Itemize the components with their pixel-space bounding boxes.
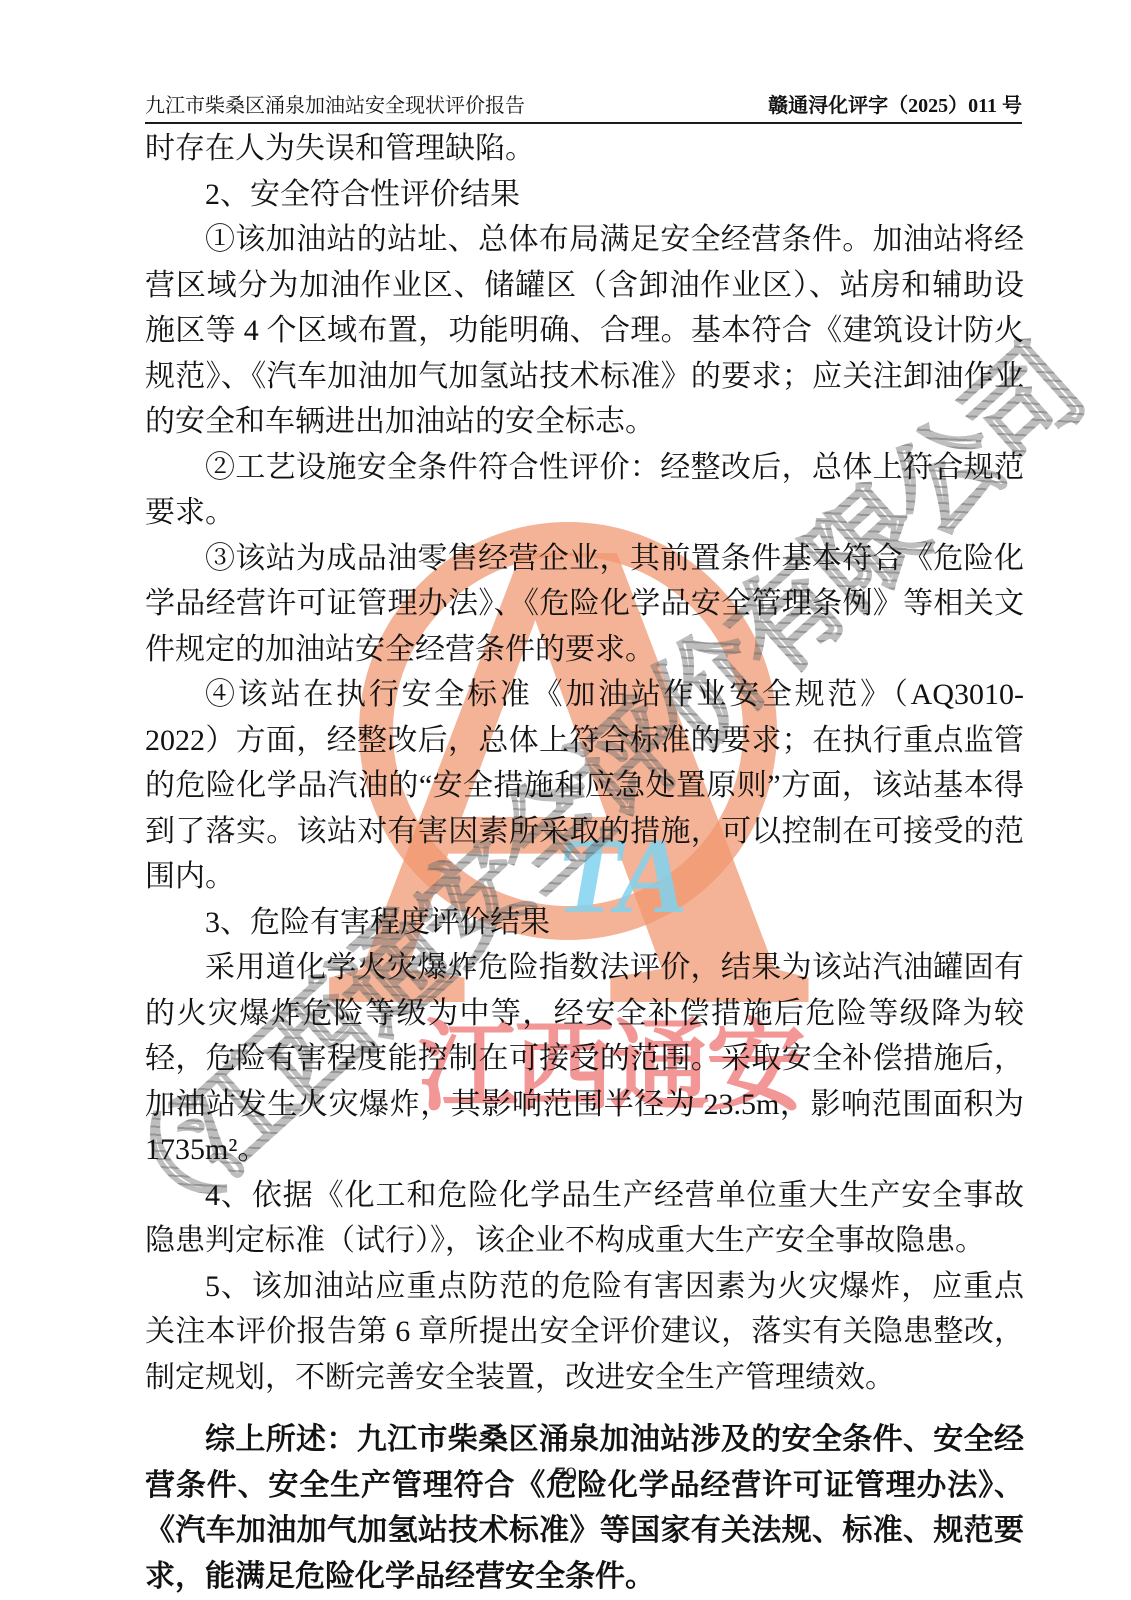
document-body: 时存在人为失误和管理缺陷。2、安全符合性评价结果①该加油站的站址、总体布局满足安… — [145, 126, 1024, 1599]
paragraph: 4、依据《化工和危险化学品生产经营单位重大生产安全事故隐患判定标准（试行）》，该… — [145, 1173, 1024, 1264]
paragraph: ④该站在执行安全标准《加油站作业安全规范》（AQ3010-2022）方面，经整改… — [145, 672, 1024, 900]
paragraph: 时存在人为失误和管理缺陷。 — [145, 126, 1024, 172]
header-document-number: 赣通浔化评字（2025）011 号 — [768, 92, 1022, 120]
page-header: 九江市柴桑区涌泉加油站安全现状评价报告 赣通浔化评字（2025）011 号 — [145, 92, 1022, 120]
paragraph: 综上所述：九江市柴桑区涌泉加油站涉及的安全条件、安全经营条件、安全生产管理符合《… — [145, 1417, 1024, 1599]
paragraph: ①该加油站的站址、总体布局满足安全经营条件。加油站将经营区域分为加油作业区、储罐… — [145, 217, 1024, 445]
paragraph: ②工艺设施安全条件符合性评价：经整改后，总体上符合规范要求。 — [145, 445, 1024, 536]
page-number: 79 — [0, 1461, 1131, 1491]
paragraph: 采用道化学火灾爆炸危险指数法评价，结果为该站汽油罐固有的火灾爆炸危险等级为中等，… — [145, 945, 1024, 1173]
paragraph: ③该站为成品油零售经营企业，其前置条件基本符合《危险化学品经营许可证管理办法》、… — [145, 536, 1024, 673]
paragraph: 5、该加油站应重点防范的危险有害因素为火灾爆炸，应重点关注本评价报告第 6 章所… — [145, 1264, 1024, 1401]
paragraph: 2、安全符合性评价结果 — [145, 172, 1024, 218]
report-page: A TA （江西通安全评价有限公司 江西通安 九江市柴桑区涌泉加油站安全现状评价… — [0, 0, 1131, 1600]
page-content: 九江市柴桑区涌泉加油站安全现状评价报告 赣通浔化评字（2025）011 号 时存… — [0, 0, 1131, 1600]
paragraph: 3、危险有害程度评价结果 — [145, 900, 1024, 946]
header-report-title: 九江市柴桑区涌泉加油站安全现状评价报告 — [145, 92, 525, 120]
header-divider — [145, 122, 1022, 124]
